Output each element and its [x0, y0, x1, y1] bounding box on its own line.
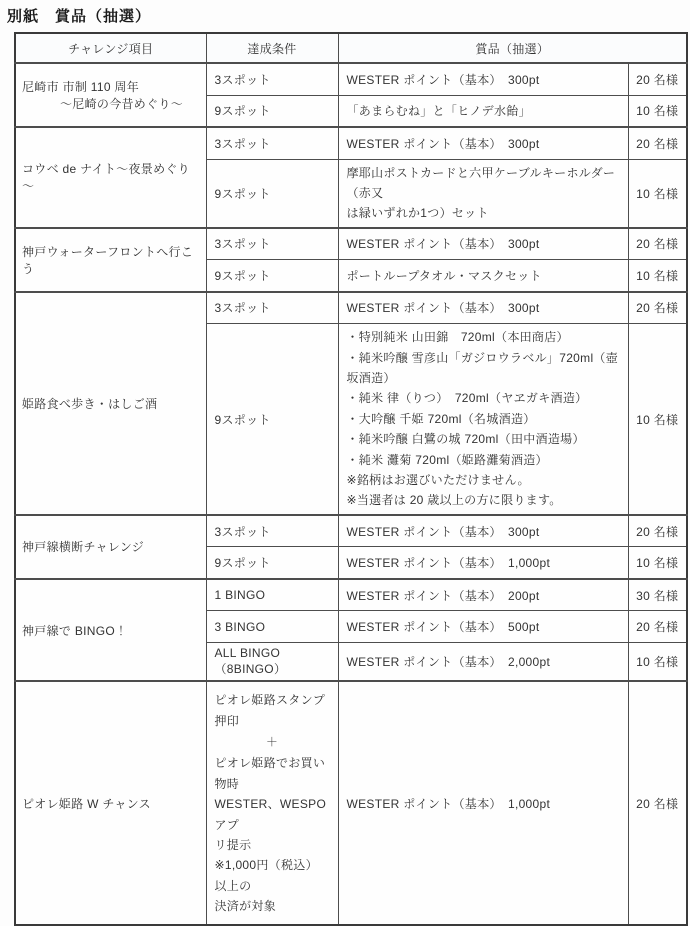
challenge-cell-amagasaki: 尼崎市 市制 110 周年 ～尼崎の今昔めぐり～: [15, 63, 206, 127]
winners-cell: 10 名様: [628, 95, 687, 127]
condition-cell: 3スポット: [206, 127, 338, 159]
winners-cell: 30 名様: [628, 579, 687, 611]
header-condition: 達成条件: [206, 33, 338, 63]
condition-cell: 1 BINGO: [206, 579, 338, 611]
winners-cell: 10 名様: [628, 260, 687, 292]
prize-cell: WESTER ポイント（基本） 200pt: [338, 579, 628, 611]
winners-cell: 20 名様: [628, 611, 687, 643]
prize-cell: WESTER ポイント（基本） 1,000pt: [338, 681, 628, 925]
winners-cell: 20 名様: [628, 292, 687, 324]
winners-cell: 10 名様: [628, 547, 687, 579]
table-row: コウベ de ナイト～夜景めぐり～ 3スポット WESTER ポイント（基本） …: [15, 127, 687, 159]
table-row: ピオレ姫路 W チャンス ピオレ姫路スタンプ押印 ＋ ピオレ姫路でお買い物時 W…: [15, 681, 687, 925]
condition-cell: 3 BINGO: [206, 611, 338, 643]
condition-cell: ピオレ姫路スタンプ押印 ＋ ピオレ姫路でお買い物時 WESTER、WESPO ア…: [206, 681, 338, 925]
winners-cell: 10 名様: [628, 324, 687, 515]
table-row: 姫路食べ歩き・はしご酒 3スポット WESTER ポイント（基本） 300pt …: [15, 292, 687, 324]
prize-cell: ポートループタオル・マスクセット: [338, 260, 628, 292]
condition-line: ピオレ姫路スタンプ押印: [215, 690, 330, 732]
challenge-cell-piole-himeji: ピオレ姫路 W チャンス: [15, 681, 206, 925]
header-challenge: チャレンジ項目: [15, 33, 206, 63]
prize-cell: WESTER ポイント（基本） 300pt: [338, 292, 628, 324]
winners-cell: 20 名様: [628, 63, 687, 95]
winners-cell: 20 名様: [628, 515, 687, 547]
winners-cell: 10 名様: [628, 159, 687, 228]
page-title: 別紙 賞品（抽選）: [7, 5, 690, 26]
prize-cell: WESTER ポイント（基本） 300pt: [338, 228, 628, 260]
challenge-cell-waterfront: 神戸ウォーターフロントへ行こう: [15, 228, 206, 292]
prize-cell: WESTER ポイント（基本） 2,000pt: [338, 643, 628, 682]
winners-cell: 20 名様: [628, 127, 687, 159]
condition-cell: 9スポット: [206, 159, 338, 228]
table-row: 尼崎市 市制 110 周年 ～尼崎の今昔めぐり～ 3スポット WESTER ポイ…: [15, 63, 687, 95]
condition-cell: 3スポット: [206, 228, 338, 260]
challenge-label: 尼崎市 市制 110 周年: [22, 78, 198, 95]
condition-cell: 9スポット: [206, 95, 338, 127]
prize-cell: 摩耶山ポストカードと六甲ケーブルキーホルダー（赤又 は緑いずれか1つ）セット: [338, 159, 628, 228]
challenge-cell-himeji-sake: 姫路食べ歩き・はしご酒: [15, 292, 206, 515]
condition-cell: 9スポット: [206, 547, 338, 579]
table-row: 神戸ウォーターフロントへ行こう 3スポット WESTER ポイント（基本） 30…: [15, 228, 687, 260]
condition-cell: 9スポット: [206, 260, 338, 292]
challenge-cell-kobe-night: コウベ de ナイト～夜景めぐり～: [15, 127, 206, 228]
table-row: 神戸線横断チャレンジ 3スポット WESTER ポイント（基本） 300pt 2…: [15, 515, 687, 547]
challenge-cell-bingo: 神戸線で BINGO！: [15, 579, 206, 682]
prize-cell: 「あまらむね」と「ヒノデ水飴」: [338, 95, 628, 127]
challenge-sublabel: ～尼崎の今昔めぐり～: [22, 95, 198, 112]
prize-table: チャレンジ項目 達成条件 賞品（抽選） 尼崎市 市制 110 周年 ～尼崎の今昔…: [14, 32, 688, 926]
condition-cell: 3スポット: [206, 292, 338, 324]
condition-cell: 9スポット: [206, 324, 338, 515]
prize-cell: WESTER ポイント（基本） 300pt: [338, 127, 628, 159]
winners-cell: 10 名様: [628, 643, 687, 682]
header-prize: 賞品（抽選）: [338, 33, 687, 63]
plus-sign: ＋: [215, 732, 330, 753]
challenge-cell-kobe-line-crossing: 神戸線横断チャレンジ: [15, 515, 206, 579]
prize-cell: WESTER ポイント（基本） 1,000pt: [338, 547, 628, 579]
prize-cell: WESTER ポイント（基本） 300pt: [338, 63, 628, 95]
condition-cell: 3スポット: [206, 515, 338, 547]
prize-cell: WESTER ポイント（基本） 300pt: [338, 515, 628, 547]
winners-cell: 20 名様: [628, 228, 687, 260]
condition-cell: 3スポット: [206, 63, 338, 95]
table-row: 神戸線で BINGO！ 1 BINGO WESTER ポイント（基本） 200p…: [15, 579, 687, 611]
winners-cell: 20 名様: [628, 681, 687, 925]
document-page: 別紙 賞品（抽選） チャレンジ項目 達成条件 賞品（抽選） 尼崎市 市制 110…: [0, 5, 690, 926]
prize-cell: ・特別純米 山田錦 720ml（本田商店） ・純米吟醸 雪彦山「ガジロウラベル」…: [338, 324, 628, 515]
condition-cell: ALL BINGO（8BINGO）: [206, 643, 338, 682]
condition-detail: ピオレ姫路でお買い物時 WESTER、WESPO アプ リ提示 ※1,000円（…: [215, 753, 330, 916]
prize-cell: WESTER ポイント（基本） 500pt: [338, 611, 628, 643]
header-row: チャレンジ項目 達成条件 賞品（抽選）: [15, 33, 687, 63]
